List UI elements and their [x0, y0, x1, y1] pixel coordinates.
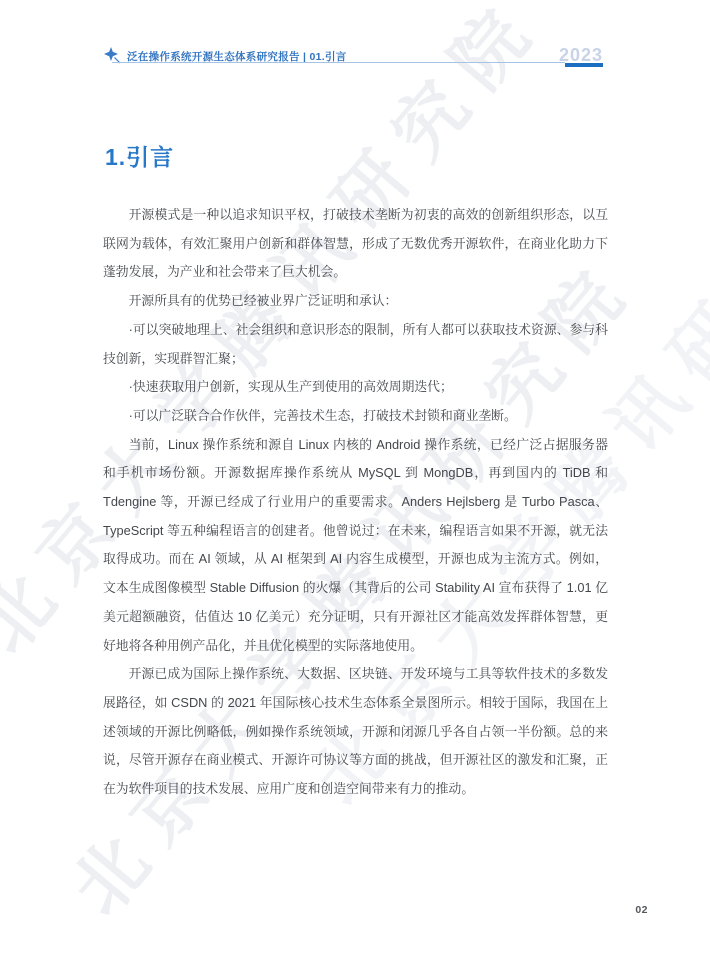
header-rule: [112, 62, 565, 63]
year-underline-bar: [565, 63, 603, 67]
page-number: 02: [635, 904, 648, 916]
page-header: 泛在操作系统开源生态体系研究报告 | 01.引言 2023: [0, 0, 710, 970]
report-page: 北京大学腾讯研究院 北京大学腾讯研究院 北京大学腾讯研究院 泛在操作系统开源生态…: [0, 0, 710, 970]
